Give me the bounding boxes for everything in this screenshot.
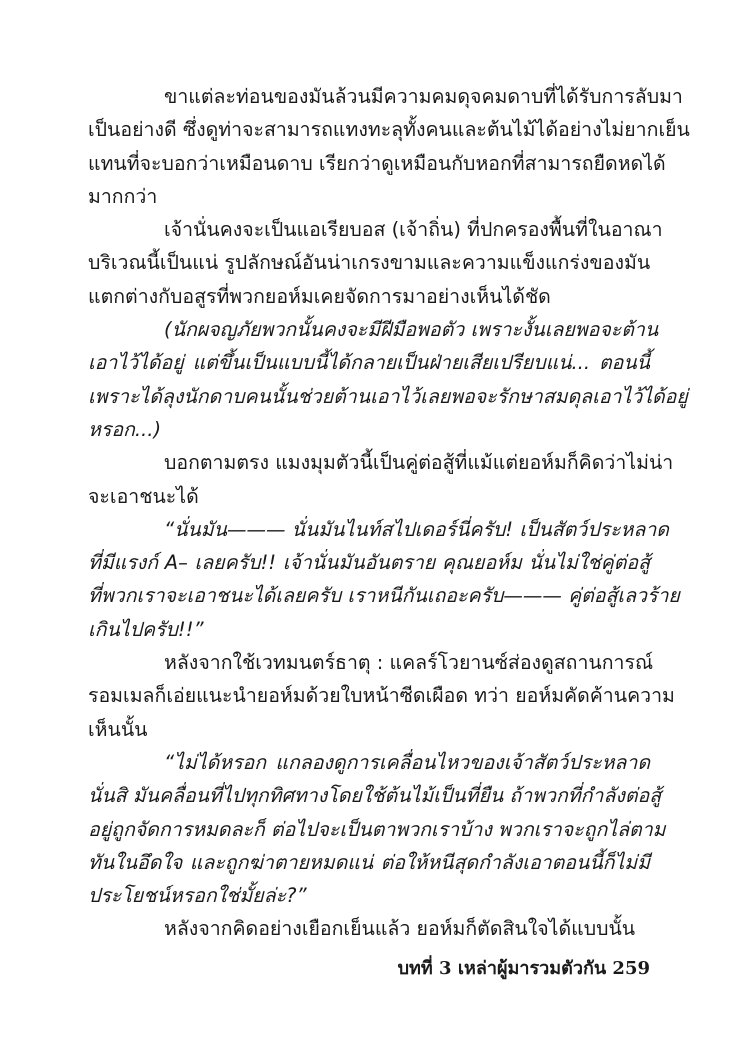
paragraph: หลังจากคิดอย่างเยือกเย็นแล้ว ยอห์มก็ตัดส… <box>88 912 650 945</box>
text-line: รอมเมลก็เอ่ยแนะนำยอห์มด้วยใบหน้าซีดเผือด… <box>88 679 650 712</box>
text-line: (นักผจญภัยพวกนั้นคงจะมีฝีมือพอตัว เพราะง… <box>88 313 650 346</box>
text-line: แตกต่างกับอสูรที่พวกยอห์มเคยจัดการมาอย่า… <box>88 280 650 313</box>
text-line: นั่นสิ มันคลื่อนที่ไปทุกทิศทางโดยใช้ต้นไ… <box>88 779 650 812</box>
text-line: เจ้านั่นคงจะเป็นแอเรียบอส (เจ้าถิ่น) ที่… <box>88 213 650 246</box>
text-line: บริเวณนี้เป็นแน่ รูปลักษณ์อันน่าเกรงขามแ… <box>88 246 650 279</box>
text-line: ประโยชน์หรอกใช่มั้ยล่ะ?” <box>88 879 650 912</box>
dialogue-paragraph: “นั่นมัน——— นั่นมันไนท์สไปเดอร์นี่ครับ! … <box>88 513 650 646</box>
text-line: ขาแต่ละท่อนของมันล้วนมีความคมดุจคมดาบที่… <box>88 80 650 113</box>
text-line: ที่พวกเราจะเอาชนะได้เลยครับ เราหนีกันเถอ… <box>88 579 650 612</box>
text-line: บอกตามตรง แมงมุมตัวนี้เป็นคู่ต่อสู้ที่แม… <box>88 446 650 479</box>
paragraph: บอกตามตรง แมงมุมตัวนี้เป็นคู่ต่อสู้ที่แม… <box>88 446 650 513</box>
text-line: เห็นนั้น <box>88 713 650 746</box>
text-line: เอาไว้ได้อยู่ แต่ขึ้นเป็นแบบนี้ได้กลายเป… <box>88 346 650 379</box>
text-line: อยู่ถูกจัดการหมดละก็ ต่อไปจะเป็นตาพวกเรา… <box>88 813 650 846</box>
text-line: จะเอาชนะได้ <box>88 480 650 513</box>
text-line: “ไม่ได้หรอก แกลองดูการเคลื่อนไหวของเจ้าส… <box>88 746 650 779</box>
dialogue-paragraph: “ไม่ได้หรอก แกลองดูการเคลื่อนไหวของเจ้าส… <box>88 746 650 912</box>
text-line: หลังจากคิดอย่างเยือกเย็นแล้ว ยอห์มก็ตัดส… <box>88 912 650 945</box>
text-line: ทันในอึดใจ และถูกฆ่าตายหมดแน่ ต่อให้หนีส… <box>88 846 650 879</box>
page-footer-running-header: บทที่ 3 เหล่าผู้มารวมตัวกัน 259 <box>398 953 650 982</box>
text-line: เกินไปครับ!!” <box>88 613 650 646</box>
paragraph: ขาแต่ละท่อนของมันล้วนมีความคมดุจคมดาบที่… <box>88 80 650 213</box>
page-body: ขาแต่ละท่อนของมันล้วนมีความคมดุจคมดาบที่… <box>88 80 650 946</box>
text-line: แทนที่จะบอกว่าเหมือนดาบ เรียกว่าดูเหมือน… <box>88 147 650 180</box>
paragraph: หลังจากใช้เวทมนตร์ธาตุ : แคลร์โวยานซ์ส่อ… <box>88 646 650 746</box>
text-line: มากกว่า <box>88 180 650 213</box>
inner-thought-paragraph: (นักผจญภัยพวกนั้นคงจะมีฝีมือพอตัว เพราะง… <box>88 313 650 446</box>
text-line: หลังจากใช้เวทมนตร์ธาตุ : แคลร์โวยานซ์ส่อ… <box>88 646 650 679</box>
text-line: “นั่นมัน——— นั่นมันไนท์สไปเดอร์นี่ครับ! … <box>88 513 650 546</box>
text-line: เพราะได้ลุงนักดาบคนนั้นช่วยต้านเอาไว้เลย… <box>88 380 650 413</box>
text-line: ที่มีแรงก์ A– เลยครับ!! เจ้านั่นมันอันตร… <box>88 546 650 579</box>
paragraph: เจ้านั่นคงจะเป็นแอเรียบอส (เจ้าถิ่น) ที่… <box>88 213 650 313</box>
text-line: เป็นอย่างดี ซึ่งดูท่าจะสามารถแทงทะลุทั้ง… <box>88 113 650 146</box>
text-line: หรอก...) <box>88 413 650 446</box>
